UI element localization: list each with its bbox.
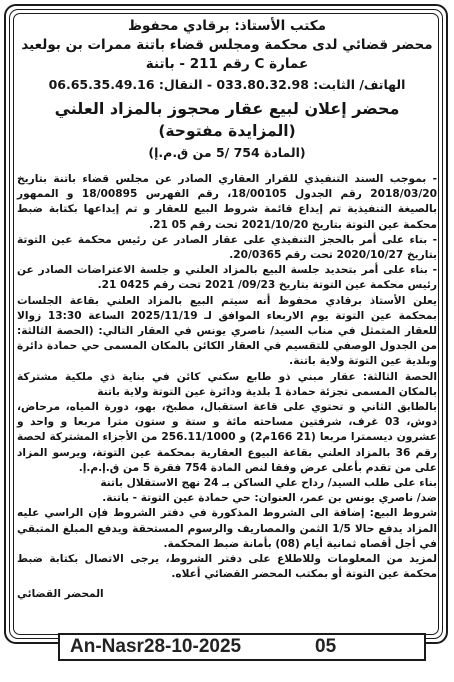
- office-name: مكتب الأستاذ: برقادي محفوظ: [17, 17, 437, 36]
- notice-title: محضر إعلان لبيع عقار محجوز بالمزاد العلن…: [17, 98, 437, 120]
- paragraph-lot-description: الحصة الثالثة: عقار مبني ذو طابع سكني كا…: [17, 370, 437, 400]
- office-address: عمارة C رقم 211 - باتنة: [17, 55, 437, 74]
- newspaper-footer: An-Nasr28-10-2025 05: [58, 633, 426, 661]
- paragraph-contact-info: لمزيد من المعلومات وللاطلاع على دفتر الش…: [17, 552, 437, 582]
- signature: المحضر القضائي: [17, 588, 437, 600]
- notice-body: - بموجب السند التنفيذي للقرار العقاري ال…: [17, 172, 437, 582]
- bailiff-role: محضر قضائي لدى محكمة ومجلس قضاء باتنة مم…: [17, 36, 437, 55]
- paragraph-seizure-order: - بناء على أمر بالحجز التنفيذي على عقار …: [17, 233, 437, 263]
- signature-text: المحضر القضائي: [17, 588, 104, 600]
- paragraph-sale-conditions: شروط البيع: إضافة الى الشروط المذكورة في…: [17, 506, 437, 552]
- notice-content: مكتب الأستاذ: برقادي محفوظ محضر قضائي لد…: [17, 17, 437, 600]
- paragraph-requesting-party: بناء على طلب السيد/ رداح علي الساكن بـ 2…: [17, 476, 437, 491]
- paragraph-enforcement-title: - بموجب السند التنفيذي للقرار العقاري ال…: [17, 172, 437, 233]
- notice-subtitle: (المزايدة مفتوحة): [17, 120, 437, 142]
- newspaper-source-date: An-Nasr28-10-2025: [70, 636, 241, 658]
- legal-article-reference: (المادة 754 /5 من ق.م.إ): [17, 144, 437, 162]
- paragraph-session-order: - بناء على أمر بتحديد جلسة البيع بالمزاد…: [17, 263, 437, 293]
- paragraph-sale-announcement: يعلن الأستاذ برقادي محفوظ أنه سيتم البيع…: [17, 294, 437, 370]
- paragraph-opposing-party: ضد/ ناصري يونس بن عمر، العنوان: حي حمادة…: [17, 491, 437, 506]
- office-phones: الهاتف/ الثابت: 033.80.32.98 - النقال: 0…: [17, 76, 437, 94]
- paragraph-property-details: بالطابق الثاني و تحتوي على قاعة استقبال،…: [17, 400, 437, 476]
- page-number: 05: [315, 636, 336, 658]
